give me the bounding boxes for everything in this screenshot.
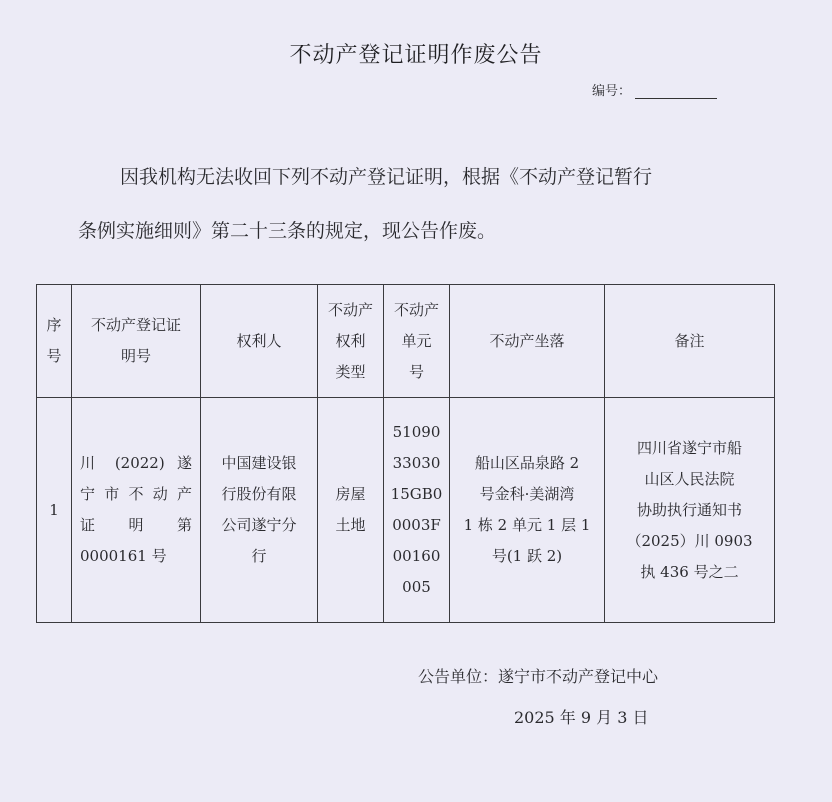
serial-label: 编号： <box>592 80 631 99</box>
body-paragraph-line-1: 因我机构无法收回下列不动产登记证明，根据《不动产登记暂行 <box>78 162 768 189</box>
cell-line: 33030 <box>384 448 449 479</box>
cell-line: 51090 <box>384 417 449 448</box>
cell-line: 执 436 号之二 <box>605 557 774 588</box>
header-right-type: 不动产 权利 类型 <box>318 285 384 398</box>
cell-line: 山区人民法院 <box>605 464 774 495</box>
header-text: 权利人 <box>201 326 317 357</box>
header-text: 明号 <box>72 341 200 372</box>
cell-remark: 四川省遂宁市船 山区人民法院 协助执行通知书 （2025）川 0903 执 43… <box>605 398 775 623</box>
cell-line: 号(1 跃 2) <box>450 541 604 572</box>
header-text: 序 <box>37 310 71 341</box>
cell-line: 证 明 第 <box>72 510 200 541</box>
serial-number: 编号： <box>592 80 717 99</box>
cell-right-type: 房屋 土地 <box>318 398 384 623</box>
header-text: 号 <box>384 357 449 388</box>
cell-line: 1 栋 2 单元 1 层 1 <box>450 510 604 541</box>
cell-line: 四川省遂宁市船 <box>605 433 774 464</box>
cell-location: 船山区品泉路 2 号金科·美湖湾 1 栋 2 单元 1 层 1 号(1 跃 2) <box>450 398 605 623</box>
cell-line: 中国建设银 <box>201 448 317 479</box>
header-holder: 权利人 <box>201 285 318 398</box>
voided-certificates-table: 序 号 不动产登记证 明号 权利人 不动产 权利 类型 不动产 单元 号 不动产… <box>36 284 775 623</box>
cell-line: 15GB0 <box>384 479 449 510</box>
header-text: 不动产 <box>318 295 383 326</box>
cell-line: 川 (2022) 遂 <box>72 448 200 479</box>
cell-line: 0003F <box>384 510 449 541</box>
cell-line: 号金科·美湖湾 <box>450 479 604 510</box>
cell-index: 1 <box>37 398 72 623</box>
cell-line: 公司遂宁分 <box>201 510 317 541</box>
header-text: 不动产坐落 <box>450 326 604 357</box>
issuer-label: 公告单位：遂宁市不动产登记中心 <box>418 664 658 687</box>
cell-line: 船山区品泉路 2 <box>450 448 604 479</box>
header-text: 不动产登记证 <box>72 310 200 341</box>
header-remark: 备注 <box>605 285 775 398</box>
cell-line: 土地 <box>318 510 383 541</box>
cell-unit-no: 51090 33030 15GB0 0003F 00160 005 <box>384 398 450 623</box>
issue-date: 2025 年 9 月 3 日 <box>514 705 649 728</box>
header-text: 权利 <box>318 326 383 357</box>
cell-line: （2025）川 0903 <box>605 526 774 557</box>
header-text: 单元 <box>384 326 449 357</box>
body-paragraph-line-2: 条例实施细则》第二十三条的规定，现公告作废。 <box>78 216 768 243</box>
cell-line: 行股份有限 <box>201 479 317 510</box>
header-text: 号 <box>37 341 71 372</box>
header-text: 不动产 <box>384 295 449 326</box>
table-row: 1 川 (2022) 遂 宁 市 不 动 产 证 明 第 0000161 号 中… <box>37 398 775 623</box>
cell-line: 宁 市 不 动 产 <box>72 479 200 510</box>
header-location: 不动产坐落 <box>450 285 605 398</box>
header-cert-no: 不动产登记证 明号 <box>72 285 201 398</box>
document-title: 不动产登记证明作废公告 <box>0 38 832 69</box>
cell-holder: 中国建设银 行股份有限 公司遂宁分 行 <box>201 398 318 623</box>
header-text: 类型 <box>318 357 383 388</box>
cell-line: 行 <box>201 541 317 572</box>
cell-line: 房屋 <box>318 479 383 510</box>
cell-cert-no: 川 (2022) 遂 宁 市 不 动 产 证 明 第 0000161 号 <box>72 398 201 623</box>
header-text: 备注 <box>605 326 774 357</box>
cell-line: 005 <box>384 572 449 603</box>
table-header-row: 序 号 不动产登记证 明号 权利人 不动产 权利 类型 不动产 单元 号 不动产… <box>37 285 775 398</box>
cell-line: 0000161 号 <box>72 541 200 572</box>
header-unit-no: 不动产 单元 号 <box>384 285 450 398</box>
header-index: 序 号 <box>37 285 72 398</box>
serial-blank <box>635 84 717 99</box>
cell-line: 00160 <box>384 541 449 572</box>
cell-line: 协助执行通知书 <box>605 495 774 526</box>
